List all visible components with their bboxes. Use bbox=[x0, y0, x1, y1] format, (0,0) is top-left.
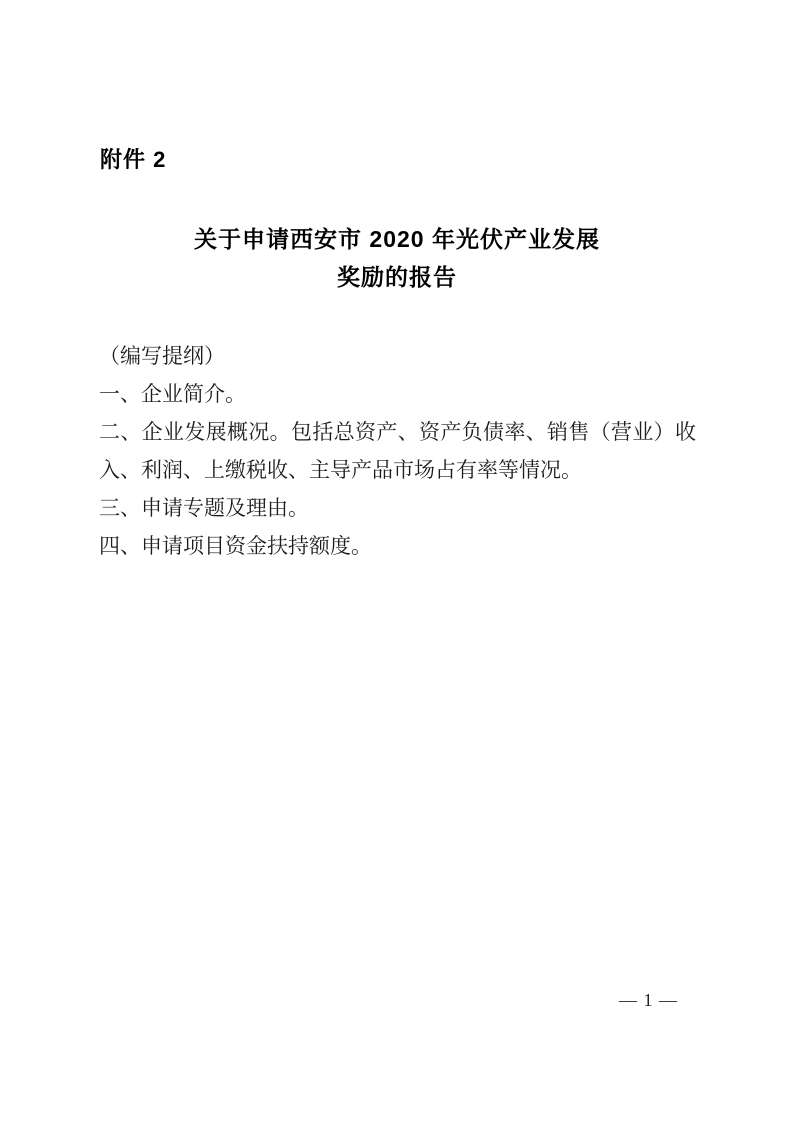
document-title: 关于申请西安市 2020 年光伏产业发展 奖励的报告 bbox=[0, 220, 794, 296]
document-body: （编写提纲） 一、企业简介。 二、企业发展概况。包括总资产、资产负债率、销售（营… bbox=[99, 337, 696, 565]
title-line-1: 关于申请西安市 2020 年光伏产业发展 bbox=[0, 220, 794, 258]
outline-item-3: 三、申请专题及理由。 bbox=[99, 489, 696, 527]
outline-item-4: 四、申请项目资金扶持额度。 bbox=[99, 527, 696, 565]
title-line-2: 奖励的报告 bbox=[0, 258, 794, 296]
outline-item-2: 二、企业发展概况。包括总资产、资产负债率、销售（营业）收入、利润、上缴税收、主导… bbox=[99, 413, 696, 489]
page-number: — 1 — bbox=[619, 990, 678, 1011]
outline-item-1: 一、企业简介。 bbox=[99, 375, 696, 413]
outline-heading: （编写提纲） bbox=[99, 337, 696, 375]
document-page: 附件 2 关于申请西安市 2020 年光伏产业发展 奖励的报告 （编写提纲） 一… bbox=[0, 0, 794, 1123]
attachment-label: 附件 2 bbox=[100, 143, 166, 174]
